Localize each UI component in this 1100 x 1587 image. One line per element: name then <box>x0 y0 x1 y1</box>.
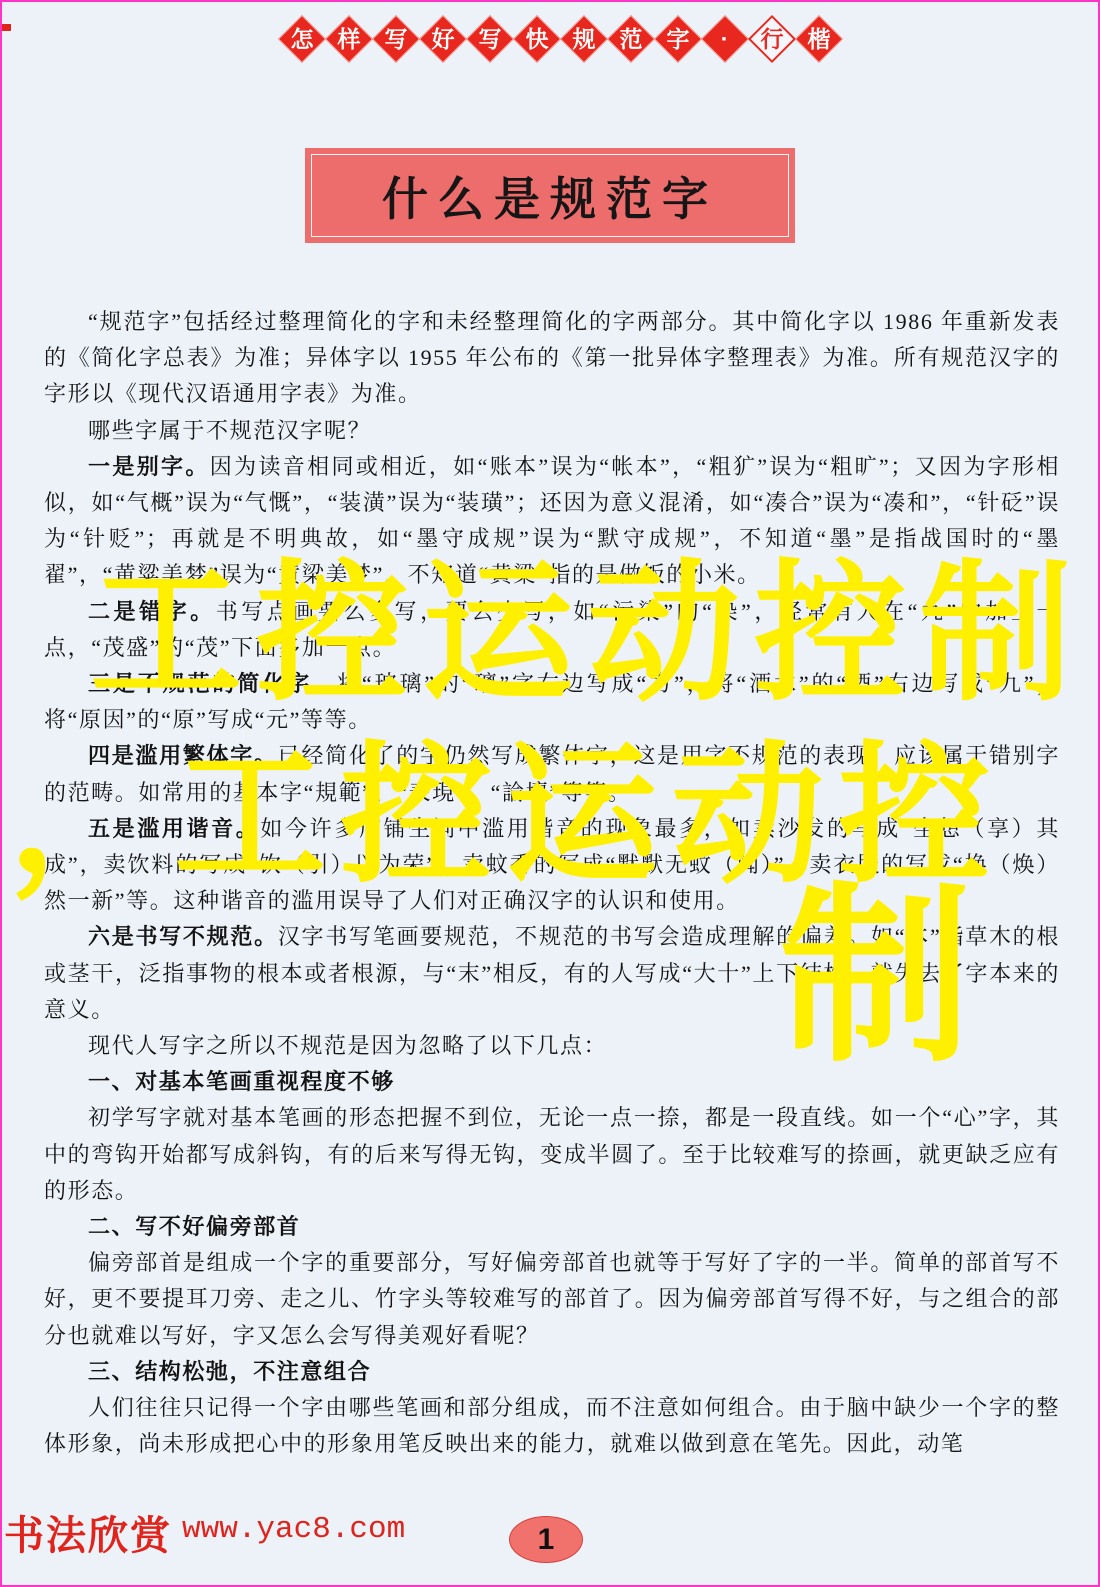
banner-diamond-char: 写 <box>479 28 502 51</box>
banner-diamond-char: 字 <box>667 28 690 51</box>
paragraph: 五是滥用谐音。如今许多店铺生词中滥用谐音的现象最多，如卖沙发的写成“坐想（享）其… <box>44 811 1060 920</box>
banner-diamond: 范 <box>607 15 655 63</box>
paragraph-lead: 六是书写不规范。 <box>88 924 278 949</box>
paragraph: 初学写字就对基本笔画的形态把握不到位，无论一点一捺，都是一段直线。如一个“心”字… <box>44 1100 1060 1209</box>
paragraph: 四是滥用繁体字。已经简化了的字仍然写成繁体字，这是用字不规范的表现，应该属于错别… <box>44 738 1060 810</box>
paragraph-lead: 三是不规范的简化字。 <box>88 671 337 696</box>
paragraph: 偏旁部首是组成一个字的重要部分，写好偏旁部首也就等于写好了字的一半。简单的部首写… <box>44 1245 1060 1354</box>
paragraph: 六是书写不规范。汉字书写笔画要规范，不规范的书写会造成理解的偏差。如“本”指草木… <box>44 919 1060 1028</box>
banner-diamond: 写 <box>372 15 420 63</box>
paragraph: 二是错字。书写点画要么多写，要么少写，如“污染”的“染”，经常有人在“九”中加上… <box>44 594 1060 666</box>
paragraph: 哪些字属于不规范汉字呢？ <box>44 413 1060 449</box>
banner-diamond: 行 <box>748 15 796 63</box>
banner-diamond-char: 怎 <box>291 28 314 51</box>
paragraph: 人们往往只记得一个字由哪些笔画和部分组成，而不注意如何组合。由于脑中缺少一个字的… <box>44 1390 1060 1462</box>
title-box: 什么是规范字 <box>305 148 795 243</box>
scanned-book-page: 怎样写好写快规范字·行楷 什么是规范字 “规范字”包括经过整理简化的字和未经整理… <box>0 0 1100 1587</box>
banner-diamond: 样 <box>325 15 373 63</box>
footer-site-url: www.yac8.com <box>182 1512 405 1547</box>
banner-diamond: 字 <box>654 15 702 63</box>
paragraph-lead: 四是滥用繁体字。 <box>88 743 278 768</box>
banner-diamond-char: 范 <box>620 28 643 51</box>
banner-diamond: 规 <box>560 15 608 63</box>
banner-diamond-char: 好 <box>432 28 455 51</box>
body-text: “规范字”包括经过整理简化的字和未经整理简化的字两部分。其中简化字以 1986 … <box>44 304 1060 1463</box>
banner-diamond: 好 <box>419 15 467 63</box>
banner-diamond: · <box>701 15 749 63</box>
paragraph-lead: 二是错字。 <box>88 599 216 624</box>
banner-diamond-char: · <box>721 27 729 50</box>
paragraph-lead: 一是别字。 <box>88 454 210 479</box>
banner-diamond: 楷 <box>795 15 843 63</box>
section-heading: 二、写不好偏旁部首 <box>44 1209 1060 1245</box>
page-number: 1 <box>538 1523 555 1557</box>
banner-diamond-char: 楷 <box>808 28 831 51</box>
page-title: 什么是规范字 <box>382 163 718 229</box>
paragraph: “规范字”包括经过整理简化的字和未经整理简化的字两部分。其中简化字以 1986 … <box>44 304 1060 413</box>
section-heading: 三、结构松弛，不注意组合 <box>44 1354 1060 1390</box>
banner-diamond-char: 行 <box>761 28 784 51</box>
page-number-badge: 1 <box>509 1516 583 1563</box>
banner-diamond: 怎 <box>278 15 326 63</box>
banner-diamond: 快 <box>513 15 561 63</box>
paragraph: 一是别字。因为读音相同或相近，如“账本”误为“帐本”，“粗犷”误为“粗旷”；又因… <box>44 449 1060 594</box>
footer-site-name: 书法欣赏 <box>4 1504 172 1561</box>
paragraph-lead: 五是滥用谐音。 <box>88 816 260 841</box>
paragraph: 现代人写字之所以不规范是因为忽略了以下几点： <box>44 1028 1060 1064</box>
section-heading: 一、对基本笔画重视程度不够 <box>44 1064 1060 1100</box>
footer: 书法欣赏 www.yac8.com 1 <box>4 1502 1100 1562</box>
banner-diamond-char: 规 <box>573 28 596 51</box>
banner-diamonds: 怎样写好写快规范字·行楷 <box>285 22 836 56</box>
margin-red-tick <box>2 24 11 31</box>
paragraph: 三是不规范的简化字。将“玻璃”的“璃”字右边写成“力”，将“酒水”的“酒”右边写… <box>44 666 1060 738</box>
banner-diamond-char: 快 <box>526 28 549 51</box>
banner-diamond-char: 写 <box>385 28 408 51</box>
banner-diamond: 写 <box>466 15 514 63</box>
banner-diamond-char: 样 <box>338 28 361 51</box>
